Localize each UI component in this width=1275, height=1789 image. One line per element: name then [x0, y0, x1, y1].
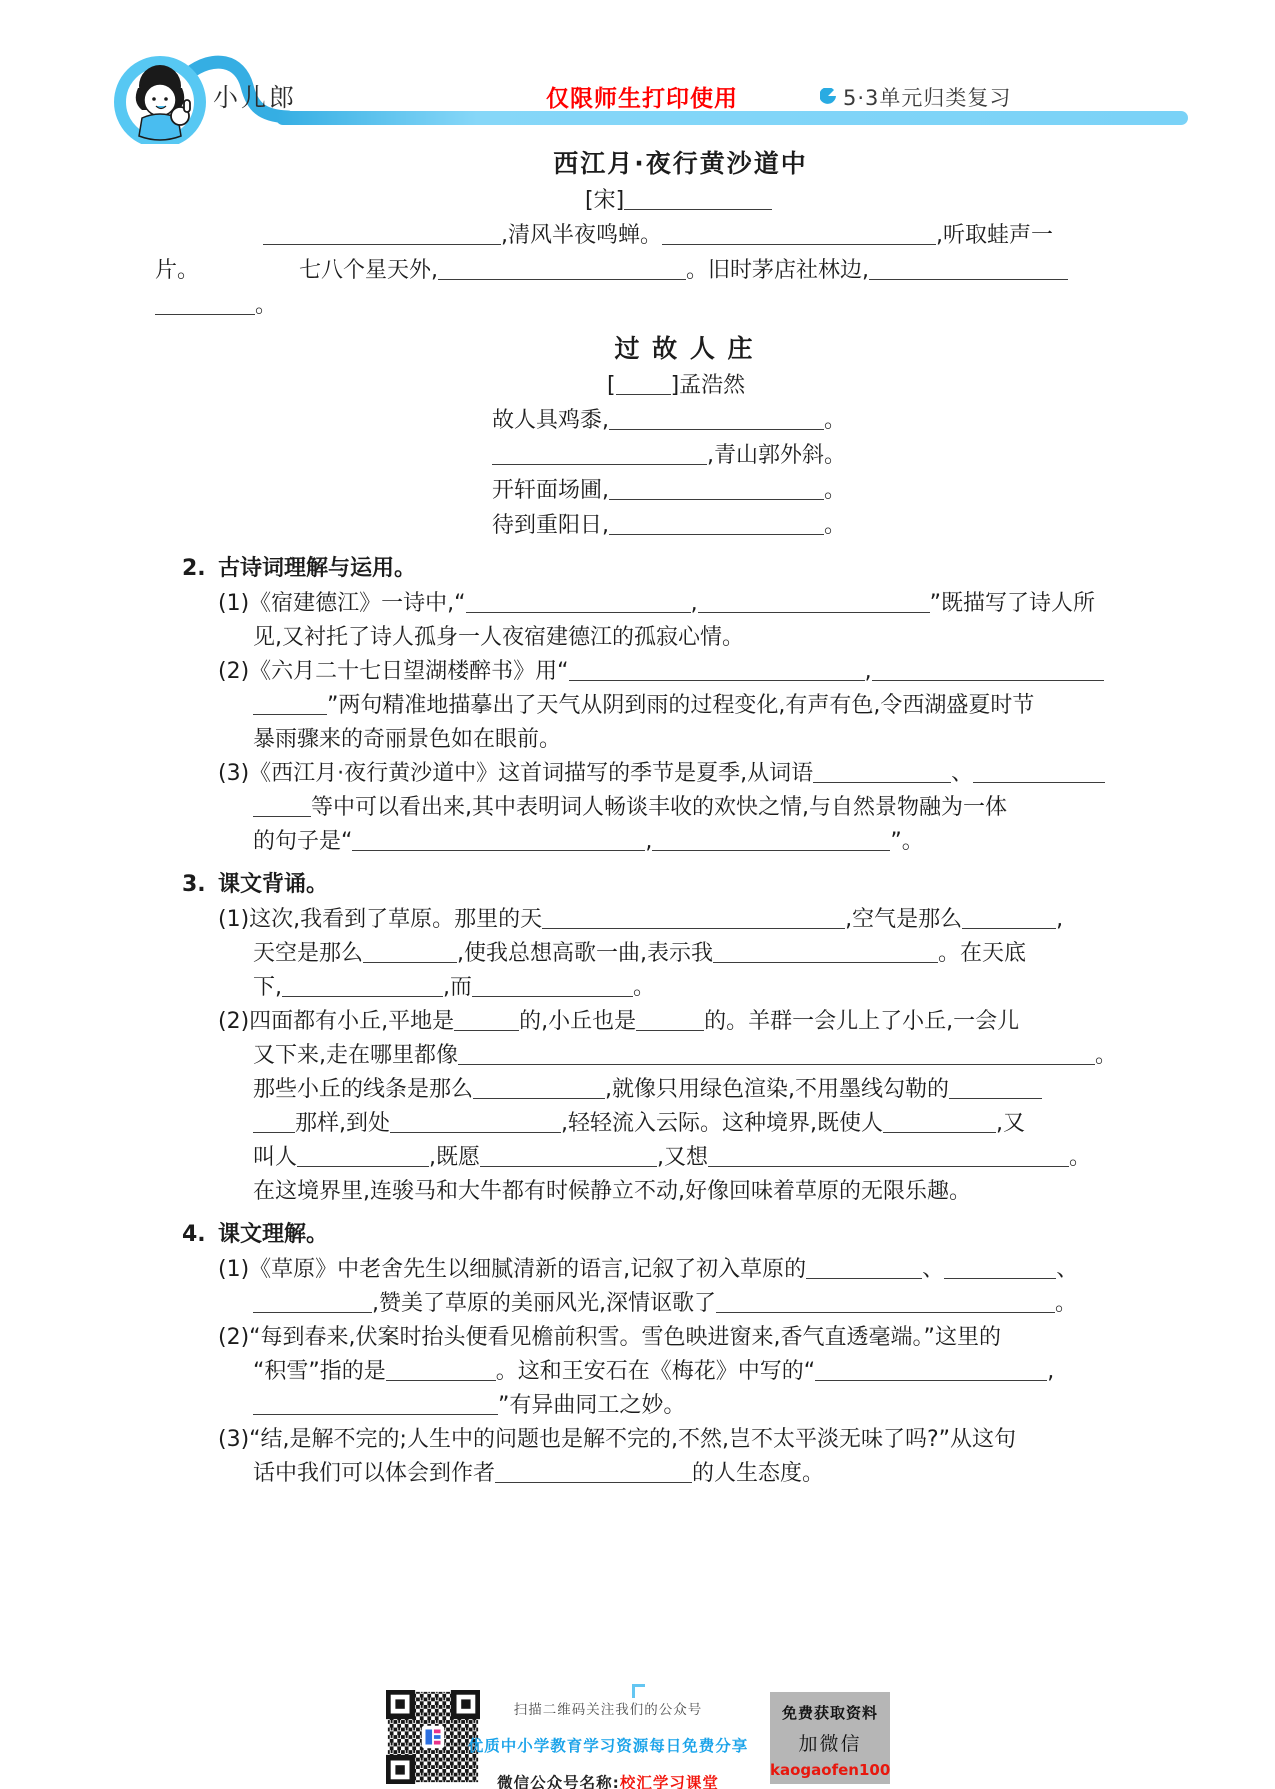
footer-account: 微信公众号名称:校汇学习课堂 — [458, 1771, 758, 1789]
line-text: 开轩面场圃, — [492, 478, 609, 503]
question-line: ,赞美了草原的美丽风光,深情讴歌了。 — [155, 1287, 1150, 1321]
line-text: ]孟浩然 — [671, 373, 746, 398]
blank-line — [944, 1255, 1056, 1279]
line-text: (3)《西江月·夜行黄沙道中》这首词描写的季节是夏季,从词语 — [218, 761, 813, 786]
question-line: “积雪”指的是。这和王安石在《梅花》中写的“, — [155, 1355, 1150, 1389]
question-line: 叫人,既愿,又想。 — [155, 1141, 1150, 1175]
line-text: 。在天底 — [938, 941, 1026, 966]
line-text: 的人生态度。 — [692, 1461, 824, 1486]
account-label: 微信公众号名称: — [497, 1774, 620, 1789]
section-title: 课文背诵。 — [218, 872, 328, 897]
qr-center-logo — [422, 1726, 445, 1749]
question-line: 见,又衬托了诗人孤身一人夜宿建德江的孤寂心情。 — [155, 621, 1150, 655]
question-line: 话中我们可以体会到作者的人生态度。 — [155, 1457, 1150, 1491]
line-text: ,又 — [996, 1111, 1025, 1136]
account-name: 校汇学习课堂 — [620, 1774, 719, 1789]
blank-line — [813, 759, 951, 783]
line-text: ”有异曲同工之妙。 — [498, 1393, 685, 1418]
blank-line — [624, 186, 772, 210]
line-text: 又下来,走在哪里都像 — [253, 1043, 458, 1068]
blank-line — [949, 1075, 1042, 1099]
blank-line — [973, 759, 1105, 783]
line-text: ,轻轻流入云际。这种境界,既使人 — [561, 1111, 883, 1136]
blank-line — [352, 827, 645, 851]
line-text: [宋] — [585, 188, 624, 213]
blank-line — [716, 1289, 1055, 1313]
line-text: 见,又衬托了诗人孤身一人夜宿建德江的孤寂心情。 — [253, 625, 744, 650]
line-text: ”。 — [890, 829, 923, 854]
spacer — [199, 276, 299, 277]
question-line: 在这境界里,连骏马和大牛都有时候静立不动,好像回味着草原的无限乐趣。 — [155, 1175, 1150, 1209]
line-text: [ — [607, 373, 616, 398]
poem2-line: 开轩面场圃,。 — [155, 473, 1150, 508]
line-text: ,听取蛙声一 — [936, 223, 1053, 248]
blank-line — [386, 1357, 496, 1381]
watermark-mark — [632, 1684, 645, 1698]
question-line: 等中可以看出来,其中表明词人畅谈丰收的欢快之情,与自然景物融为一体 — [155, 791, 1150, 825]
question-line: (2)《六月二十七日望湖楼醉书》用“, — [155, 655, 1150, 689]
question-line: 那样,到处,轻轻流入云际。这种境界,既使人,又 — [155, 1107, 1150, 1141]
blank-line — [698, 589, 930, 613]
poem2-title: 过 故 人 庄 — [219, 331, 1150, 367]
question-line: 下,,而。 — [155, 971, 1150, 1005]
line-text: (2)“每到春来,伏案时抬头便看见檐前积雪。雪色映进窗来,香气直透毫端。”这里的 — [218, 1325, 1001, 1350]
section-header: 4.课文理解。 — [155, 1217, 1150, 1253]
blank-line — [253, 793, 311, 817]
question-line: 天空是那么,使我总想高歌一曲,表示我。在天底 — [155, 937, 1150, 971]
blank-line — [438, 256, 686, 280]
poem1-byline: [宋] — [155, 184, 1150, 218]
line-text: 的。羊群一会儿上了小丘,一会儿 — [704, 1009, 1019, 1034]
poem2-line: ,青山郭外斜。 — [155, 438, 1150, 473]
blank-line — [636, 1007, 704, 1031]
poem2-byline: []孟浩然 — [155, 369, 1150, 403]
line-text: ,使我总想高歌一曲,表示我 — [457, 941, 713, 966]
line-text: 、 — [922, 1257, 944, 1282]
line-text: ,而 — [443, 975, 472, 1000]
section-header: 2.古诗词理解与运用。 — [155, 551, 1150, 587]
question-line: (1)这次,我看到了草原。那里的天,空气是那么, — [155, 903, 1150, 937]
footer-text-block: 扫描二维码关注我们的公众号 优质中小学教育学习资源每日免费分享 微信公众号名称:… — [458, 1698, 758, 1789]
blank-line — [492, 441, 707, 465]
question-line: ”两句精准地描摹出了天气从阴到雨的过程变化,有声有色,令西湖盛夏时节 — [155, 689, 1150, 723]
line-text: 。 — [633, 975, 655, 1000]
line-text: 。 — [1055, 1291, 1077, 1316]
line-text: 。 — [1095, 1043, 1117, 1068]
line-text: , — [1056, 907, 1063, 932]
line-text: (1)这次,我看到了草原。那里的天 — [218, 907, 542, 932]
blank-line — [883, 1109, 996, 1133]
line-text: 七八个星天外, — [299, 258, 438, 283]
blank-line — [454, 1007, 519, 1031]
blank-line — [253, 1109, 295, 1133]
line-text: , — [645, 829, 652, 854]
line-text: 。 — [824, 478, 846, 503]
line-text: 待到重阳日, — [492, 513, 609, 538]
line-text: 在这境界里,连骏马和大牛都有时候静立不动,好像回味着草原的无限乐趣。 — [253, 1179, 971, 1204]
blank-line — [652, 827, 890, 851]
mascot-logo — [120, 62, 200, 142]
line-text: 。 — [255, 293, 277, 318]
line-text: ,清风半夜鸣蝉。 — [501, 223, 662, 248]
blank-line — [542, 905, 845, 929]
line-text: 的,小丘也是 — [519, 1009, 636, 1034]
contact-box: 免费获取资料 加微信 kaogaofen100 — [770, 1692, 890, 1784]
line-text: 。 — [824, 408, 846, 433]
contact-wechat-id: kaogaofen100 — [770, 1761, 890, 1779]
line-text: 。这和王安石在《梅花》中写的“ — [496, 1359, 815, 1384]
section-header: 3.课文背诵。 — [155, 867, 1150, 903]
blank-line — [282, 973, 443, 997]
blank-line — [263, 221, 501, 245]
poem2-line: 待到重阳日,。 — [155, 508, 1150, 543]
section-title: 课文理解。 — [218, 1222, 328, 1247]
line-text: (3)“结,是解不完的;人生中的问题也是解不完的,不然,岂不太平淡无味了吗?”从… — [218, 1427, 1016, 1452]
question-line: 的句子是“,”。 — [155, 825, 1150, 859]
line-text: ,既愿 — [429, 1145, 480, 1170]
poem1-line: ,清风半夜鸣蝉。,听取蛙声一 — [155, 218, 1150, 253]
blank-line — [472, 973, 633, 997]
blank-line — [609, 476, 824, 500]
blank-line — [713, 939, 938, 963]
print-notice: 仅限师生打印使用 — [462, 80, 822, 113]
line-text: 故人具鸡黍, — [492, 408, 609, 433]
line-text: 。旧时茅店社林边, — [686, 258, 869, 283]
poem1-line: 。 — [155, 288, 1150, 323]
blank-line — [155, 291, 255, 315]
line-text: 。 — [824, 513, 846, 538]
line-text: ,青山郭外斜。 — [707, 443, 846, 468]
line-text: 那些小丘的线条是那么 — [253, 1077, 473, 1102]
blank-line — [363, 939, 457, 963]
poem1-line: 片。七八个星天外,。旧时茅店社林边, — [155, 253, 1150, 288]
blank-line — [616, 371, 671, 395]
line-text: (1)《草原》中老舍先生以细腻清新的语言,记叙了初入草原的 — [218, 1257, 806, 1282]
blank-line — [473, 1075, 605, 1099]
question-line: ”有异曲同工之妙。 — [155, 1389, 1150, 1423]
line-text: 等中可以看出来,其中表明词人畅谈丰收的欢快之情,与自然景物融为一体 — [311, 795, 1007, 820]
question-line: 暴雨骤来的奇丽景色如在眼前。 — [155, 723, 1150, 757]
line-text: (2)四面都有小丘,平地是 — [218, 1009, 454, 1034]
question-line: 又下来,走在哪里都像。 — [155, 1039, 1150, 1073]
question-line: (3)“结,是解不完的;人生中的问题也是解不完的,不然,岂不太平淡无味了吗?”从… — [155, 1423, 1150, 1457]
line-text: 叫人 — [253, 1145, 297, 1170]
line-text: ,又想 — [657, 1145, 708, 1170]
line-text: 、 — [951, 761, 973, 786]
line-text: ”两句精准地描摹出了天气从阴到雨的过程变化,有声有色,令西湖盛夏时节 — [327, 693, 1034, 718]
section-number: 2. — [182, 551, 218, 587]
section-title: 古诗词理解与运用。 — [218, 556, 416, 581]
question-line: 那些小丘的线条是那么,就像只用绿色渲染,不用墨线勾勒的 — [155, 1073, 1150, 1107]
line-text: (1)《宿建德江》一诗中,“ — [218, 591, 466, 616]
poem2-line: 故人具鸡黍,。 — [155, 403, 1150, 438]
blank-line — [569, 657, 865, 681]
header-bar — [276, 111, 1188, 125]
contact-box-action: 加微信 — [770, 1729, 890, 1756]
line-text: 天空是那么 — [253, 941, 363, 966]
worksheet-page: 小儿郎 仅限师生打印使用 5·3单元归类复习 西江月·夜行黄沙道中 [宋] ,清… — [0, 0, 1275, 1789]
blank-line — [662, 221, 936, 245]
unit-bullet-icon — [820, 88, 836, 104]
blank-line — [480, 1143, 657, 1167]
blank-line — [253, 1391, 498, 1415]
question-line: (3)《西江月·夜行黄沙道中》这首词描写的季节是夏季,从词语、 — [155, 757, 1150, 791]
blank-line — [609, 406, 824, 430]
brand-text: 小儿郎 — [213, 78, 297, 114]
blank-line — [806, 1255, 922, 1279]
line-text: (2)《六月二十七日望湖楼醉书》用“ — [218, 659, 569, 684]
blank-line — [466, 589, 691, 613]
line-text: 、 — [1056, 1257, 1078, 1282]
line-text: 话中我们可以体会到作者 — [253, 1461, 495, 1486]
blank-line — [869, 256, 1068, 280]
line-text: ,就像只用绿色渲染,不用墨线勾勒的 — [605, 1077, 949, 1102]
blank-line — [495, 1459, 692, 1483]
worksheet-body: 西江月·夜行黄沙道中 [宋] ,清风半夜鸣蝉。,听取蛙声一 片。七八个星天外,。… — [155, 142, 1150, 1491]
line-text: 片。 — [155, 258, 199, 283]
question-line: (2)四面都有小丘,平地是的,小丘也是的。羊群一会儿上了小丘,一会儿 — [155, 1005, 1150, 1039]
contact-box-title: 免费获取资料 — [770, 1702, 890, 1723]
blank-line — [609, 511, 824, 535]
line-text: , — [865, 659, 872, 684]
line-text: 那样,到处 — [295, 1111, 390, 1136]
line-text: 。 — [1069, 1145, 1091, 1170]
blank-line — [458, 1041, 1095, 1065]
blank-line — [962, 905, 1056, 929]
blank-line — [390, 1109, 561, 1133]
line-text: ,赞美了草原的美丽风光,深情讴歌了 — [372, 1291, 716, 1316]
line-text: ,空气是那么 — [845, 907, 962, 932]
blank-line — [253, 1289, 372, 1313]
question-line: (1)《草原》中老舍先生以细腻清新的语言,记叙了初入草原的、、 — [155, 1253, 1150, 1287]
line-text: 的句子是“ — [253, 829, 352, 854]
line-text: , — [1047, 1359, 1054, 1384]
footer-slogan: 优质中小学教育学习资源每日免费分享 — [458, 1734, 758, 1756]
poem1-title: 西江月·夜行黄沙道中 — [211, 146, 1150, 182]
section-number: 3. — [182, 867, 218, 903]
blank-line — [253, 691, 327, 715]
blank-line — [815, 1357, 1047, 1381]
line-text: 下, — [253, 975, 282, 1000]
section-number: 4. — [182, 1217, 218, 1253]
line-text: 暴雨骤来的奇丽景色如在眼前。 — [253, 727, 561, 752]
blank-line — [297, 1143, 429, 1167]
qr-caption: 扫描二维码关注我们的公众号 — [458, 1698, 758, 1718]
blank-line — [872, 657, 1104, 681]
line-text: ”既描写了诗人所 — [930, 591, 1095, 616]
blank-line — [708, 1143, 1069, 1167]
line-text: , — [691, 591, 698, 616]
question-line: (2)“每到春来,伏案时抬头便看见檐前积雪。雪色映进窗来,香气直透毫端。”这里的 — [155, 1321, 1150, 1355]
question-line: (1)《宿建德江》一诗中,“,”既描写了诗人所 — [155, 587, 1150, 621]
unit-title: 5·3单元归类复习 — [843, 82, 1011, 112]
line-text: “积雪”指的是 — [253, 1359, 386, 1384]
